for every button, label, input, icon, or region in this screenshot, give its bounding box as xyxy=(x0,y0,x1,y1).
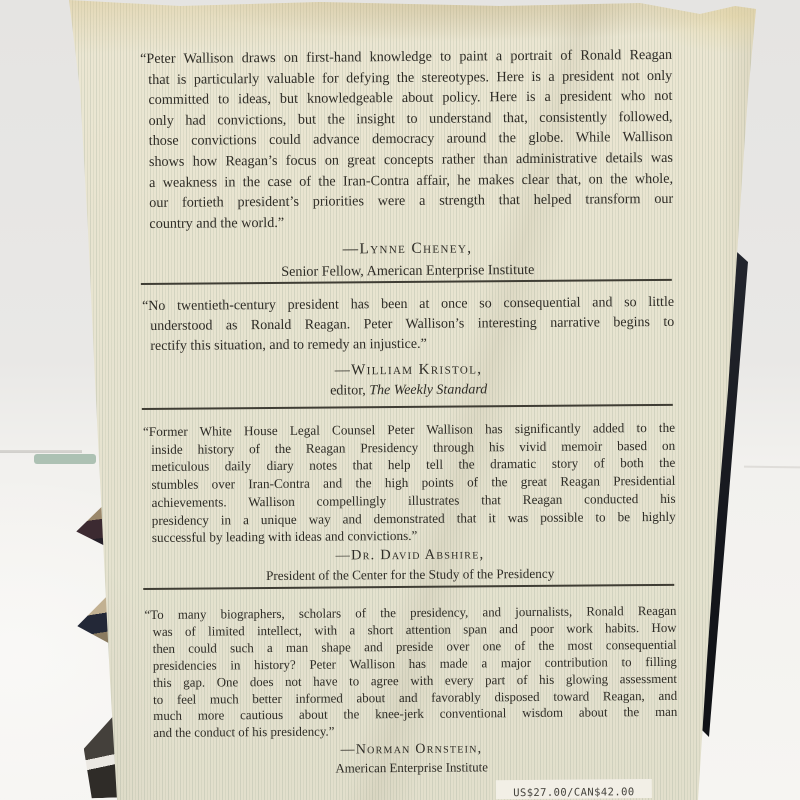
blurb-attribution-affiliation: American Enterprise Institute xyxy=(146,758,678,779)
green-object xyxy=(34,454,96,464)
blurb-kristol: “No twentieth-century president has been… xyxy=(142,293,675,403)
blurb-attribution-affiliation: President of the Center for the Study of… xyxy=(144,563,676,585)
blurb-cheney: “Peter Wallison draws on first-hand know… xyxy=(140,45,674,284)
price-text: US$27.00/CAN$42.00 xyxy=(513,786,634,799)
blurb-quote: “No twentieth-century president has been… xyxy=(142,293,674,358)
blurb-quote: “To many biographers, scholars of the pr… xyxy=(144,603,677,742)
price-label: US$27.00/CAN$42.00 xyxy=(496,779,652,799)
blurb-ornstein: “To many biographers, scholars of the pr… xyxy=(144,603,677,779)
affiliation-publication: The Weekly Standard xyxy=(369,382,487,398)
blurb-attribution-name: —Lynne Cheney, xyxy=(142,237,674,262)
blurb-attribution: —William Kristol, editor, The Weekly Sta… xyxy=(142,357,674,403)
quote-line: our fortieth president’s priorities were… xyxy=(149,189,673,214)
blurb-quote: “Peter Wallison draws on first-hand know… xyxy=(140,45,673,235)
blurb-attribution-name: —William Kristol, xyxy=(142,357,674,381)
quote-line: rectify this situation, and to remedy an… xyxy=(150,333,674,357)
jacket-content: “Peter Wallison draws on first-hand know… xyxy=(0,0,800,800)
affiliation-prefix: editor, xyxy=(330,383,369,398)
photo-scene: “Peter Wallison draws on first-hand know… xyxy=(0,0,800,800)
quote-line: successful by leading with ideas and con… xyxy=(152,525,676,547)
quote-line: and the conduct of his presidency.” xyxy=(153,721,677,742)
blurb-attribution: —Lynne Cheney, Senior Fellow, American E… xyxy=(142,237,674,283)
book-back-cover: “Peter Wallison draws on first-hand know… xyxy=(0,0,800,800)
divider-line-3 xyxy=(143,584,674,590)
table-edge-line-left xyxy=(0,450,82,453)
blurb-attribution-affiliation: editor, The Weekly Standard xyxy=(143,379,675,403)
blurb-quote: “Former White House Legal Counsel Peter … xyxy=(143,419,676,547)
blurb-attribution: —Dr. David Abshire, President of the Cen… xyxy=(144,545,676,586)
divider-line-2 xyxy=(142,404,673,410)
blurb-abshire: “Former White House Legal Counsel Peter … xyxy=(143,419,676,586)
blurb-attribution: —Norman Ornstein, American Enterprise In… xyxy=(145,740,677,779)
quote-line: country and the world.” xyxy=(149,210,673,235)
